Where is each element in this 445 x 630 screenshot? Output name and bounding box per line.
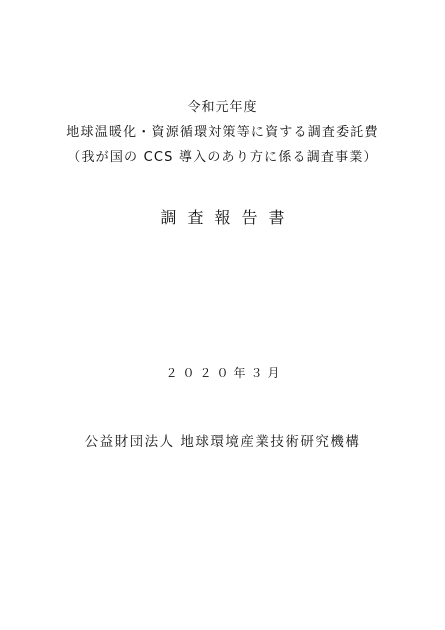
title-line-1: 地球温暖化・資源循環対策等に資する調査委託費 [0, 121, 445, 140]
report-type-heading: 調査報告書 [0, 205, 445, 228]
report-cover-page: 令和元年度 地球温暖化・資源循環対策等に資する調査委託費 （我が国の CCS 導… [0, 0, 445, 630]
title-line-2: （我が国の CCS 導入のあり方に係る調査事業） [0, 146, 445, 165]
publication-date: ２０２０年３月 [0, 364, 445, 381]
organization-name: 公益財団法人 地球環境産業技術研究機構 [0, 430, 445, 450]
fiscal-year: 令和元年度 [0, 96, 445, 115]
